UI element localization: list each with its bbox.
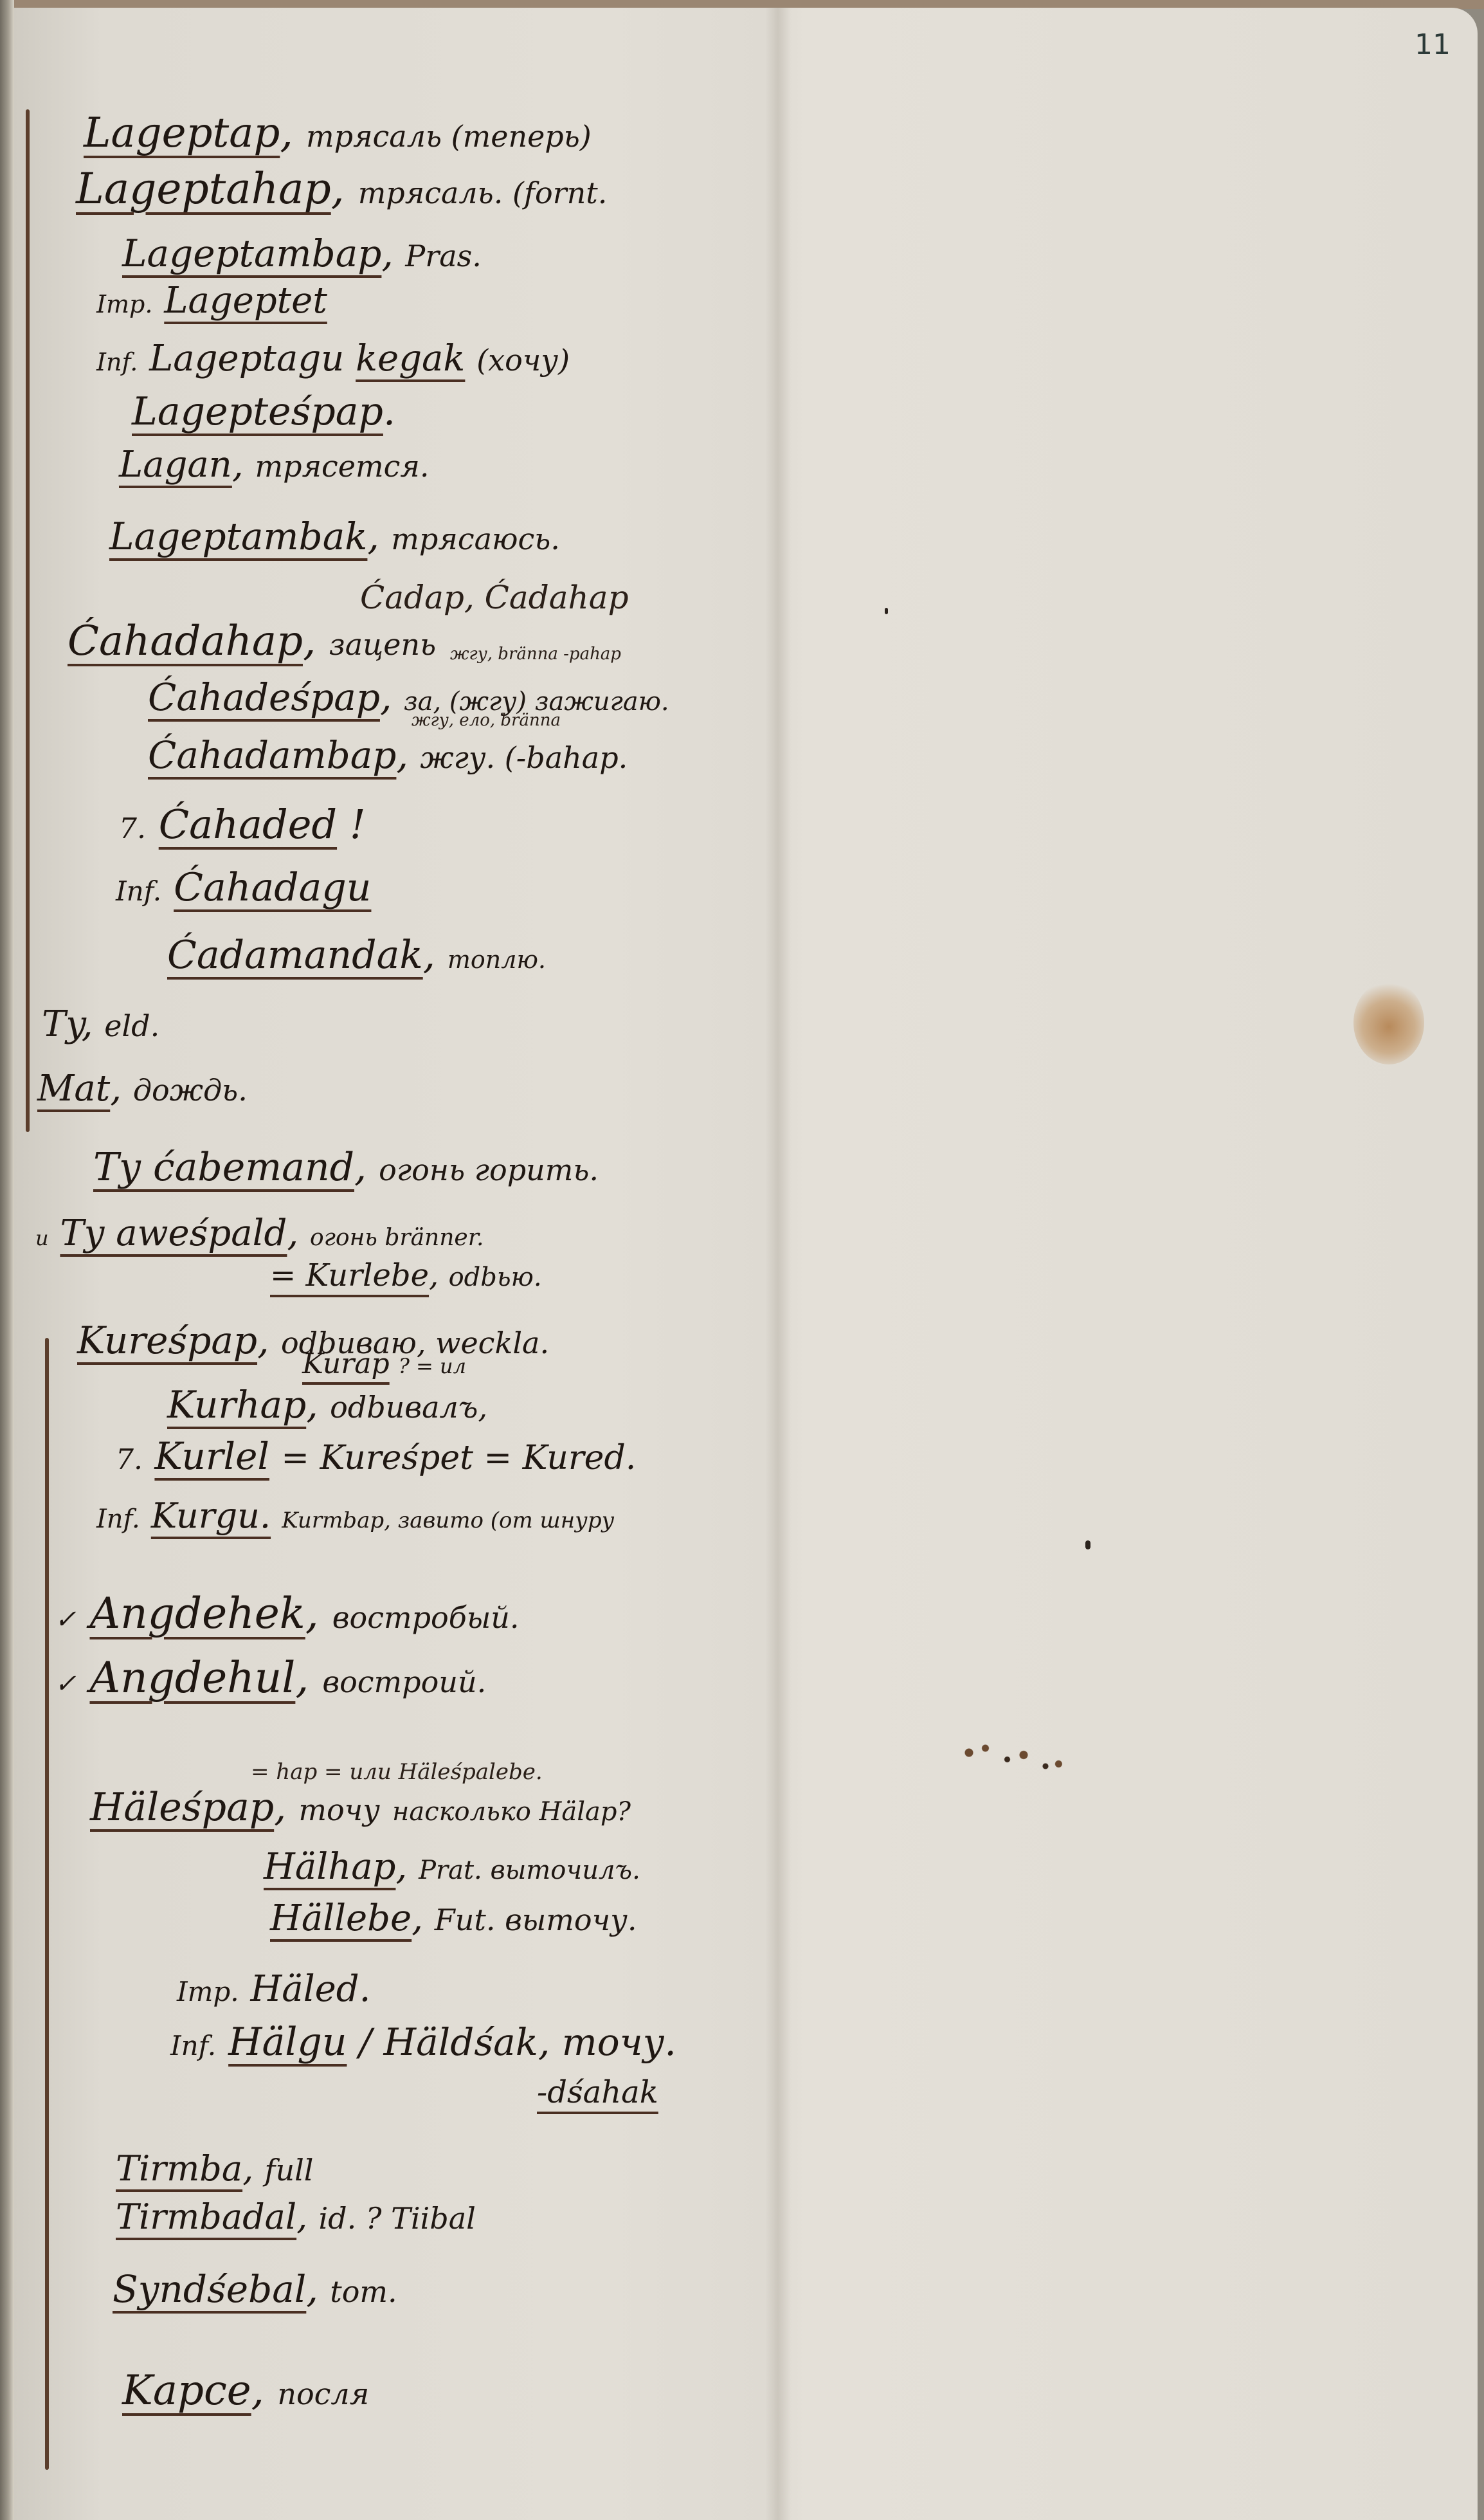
entry: Lageptahap, трясаль. (fornt. (76, 164, 607, 214)
entry-headword: Ty (42, 1003, 82, 1045)
entry: Inf. Kurgu. Kurmbap, завито (от шнуру (96, 1495, 614, 1536)
grammar-label: 7. (116, 1443, 143, 1476)
entry: Mat, дождь. (37, 1068, 248, 1109)
entry-gloss: ! (350, 801, 366, 848)
entry-headword: Häled. (250, 1968, 370, 2010)
ink-spot (1085, 1540, 1090, 1549)
entry-gloss: eld. (104, 1009, 159, 1043)
entry-gloss: посля (277, 2377, 369, 2411)
separator: , (257, 1319, 269, 1362)
entry: Inf. Ćahadagu (116, 865, 371, 910)
entry-headword: Angdehek (90, 1589, 305, 1638)
interlinear-note: жгу, bränna -pahap (450, 644, 621, 664)
entry: Häleśpap, точу насколько Hälap? (90, 1785, 631, 1830)
ink-spatter (958, 1730, 1067, 1775)
entry-gloss: / Häldśak, точу. (359, 2020, 676, 2064)
separator: , (303, 617, 316, 665)
grammar-label: 7. (119, 812, 146, 845)
entry-headword: Hälhap (264, 1846, 395, 1888)
entry: Syndśebal, tom. (113, 2267, 397, 2311)
entry-headword: Ćahadagu (174, 865, 371, 910)
entry-headword: Kurhap (167, 1383, 306, 1427)
entry-headword: Ćadamandak (167, 933, 423, 978)
entry-gloss: = Kureśpet = Kured. (281, 1439, 636, 1477)
grammar-label: Imp. (96, 290, 152, 318)
entry: Imp. Lageptet (96, 280, 327, 322)
entry-gloss: odbuвалъ, (330, 1390, 487, 1425)
separator: , (367, 515, 379, 558)
variant-forms: Ćadap, Ćadahap (360, 579, 629, 616)
entry-gloss: id. ? Tiibal (318, 2201, 475, 2236)
entry-gloss: топлю. (448, 945, 546, 974)
entry-headword: Lageptambak (109, 515, 367, 558)
grammar-label: Imp. (177, 1976, 239, 2007)
entry-headword: Ćahadahap (68, 617, 303, 665)
entry: Kurap ? = ил (302, 1347, 466, 1380)
variant-form: -dśahak (537, 2074, 658, 2110)
separator: , (354, 1145, 366, 1190)
separator: , (280, 109, 293, 157)
entry-headword: Lageptambap (122, 232, 381, 275)
entry-gloss: трясется. (255, 449, 430, 484)
separator: , (306, 2267, 318, 2311)
entry-headword: Kureśpap (77, 1319, 257, 1362)
grammar-label: Inf. (116, 875, 161, 907)
foxing-stain (1353, 981, 1424, 1064)
entry-headword: Lageptap (84, 109, 280, 157)
ink-spot (885, 608, 888, 614)
entry-note: насколько Hälap? (392, 1797, 631, 1827)
separator: , (287, 1212, 298, 1254)
entry: Lageptap, трясаль (теперь) (84, 109, 592, 157)
entry-gloss: Fut. выточу. (435, 1903, 637, 1937)
entry-gloss: Kurmbap, завито (от шнуру (282, 1508, 614, 1533)
entry: Hälhap, Prat. выточилъ. (264, 1846, 640, 1888)
entry: 7. Kurlel = Kureśpet = Kured. (116, 1434, 636, 1478)
entry-headword: Ty aweśpald (60, 1212, 287, 1254)
separator: , (412, 1897, 423, 1939)
entry: Hällebe, Fut. выточу. (270, 1897, 637, 1939)
lexical-entries: Lageptap, трясаль (теперь) Lageptahap, т… (0, 0, 772, 2520)
entry-headword: Lageptet (164, 280, 327, 322)
entry: Imp. Häled. (177, 1968, 370, 2010)
entry-headword: Ćahadambap (148, 733, 396, 777)
entry: Ty, eld. (42, 1003, 159, 1045)
separator: , (396, 733, 408, 777)
separator: , (331, 164, 345, 214)
entry: Ty ćabemand, огонь горить. (93, 1145, 599, 1190)
entry: Ćadamandak, топлю. (167, 933, 546, 978)
entry: Tirmba, full (116, 2148, 314, 2189)
page-number: 11 (1415, 28, 1451, 61)
entry-headword: Kurap (302, 1347, 390, 1380)
check-mark: ✓ (55, 1605, 77, 1634)
entry-headword: Häleśpap (90, 1785, 274, 1830)
entry-headword: Kurlel (154, 1434, 269, 1478)
entry: = Kurlebe, odbью. (270, 1257, 542, 1293)
entry-gloss: точу (298, 1793, 380, 1827)
entry: Inf. Lageptagu kegak (хочу) (96, 338, 570, 379)
entry-headword: Angdehul (90, 1653, 296, 1703)
entry-gloss: дождь. (133, 1073, 248, 1108)
entry-gloss: зацепь (329, 627, 437, 662)
entry-gloss: Pras. (405, 239, 482, 273)
separator: , (395, 1846, 407, 1888)
entry-gloss: ? = ил (399, 1354, 466, 1378)
entry-headword: Lagepteśpap (132, 389, 383, 434)
entry-gloss: трясаль (теперь) (306, 119, 592, 154)
entry: Ćahadeśpap, за, (жгу) зажигаю. (148, 675, 669, 719)
entry: ✓ Angdehul, востроий. (55, 1653, 486, 1703)
entry-headword: Ćahadeśpap (148, 675, 380, 719)
entry-headword: Kurgu. (151, 1495, 271, 1536)
entry: Kurhap, odbuвалъ, (167, 1383, 487, 1427)
entry-headword: Kapce (122, 2367, 251, 2415)
entry-headword: = Kurlebe (270, 1257, 429, 1293)
entry-gloss: full (264, 2153, 313, 2187)
entry-headword: Hälgu (228, 2020, 347, 2065)
entry: Ćahadahap, зацепь (68, 617, 436, 665)
grammar-label: и (35, 1226, 49, 1250)
entry-headword: Lagan (119, 444, 232, 486)
entry-gloss: Prat. выточилъ. (419, 1856, 640, 1885)
separator: , (296, 2196, 307, 2237)
entry-gloss: odbью. (449, 1263, 542, 1292)
entry-gloss: жгу. (-bahap. (420, 740, 628, 775)
entry: Lageptambak, трясаюсь. (109, 515, 560, 558)
separator: , (381, 232, 393, 275)
entry: Inf. Hälgu / Häldśak, точу. (170, 2020, 676, 2065)
entry: и Ty aweśpald, огонь bränner. (35, 1212, 484, 1254)
entry-gloss: огонь горить. (379, 1153, 599, 1187)
check-mark: ✓ (55, 1669, 77, 1699)
separator: , (232, 444, 244, 486)
entry-headword: Ty ćabemand (93, 1145, 354, 1190)
entry: Lagepteśpap. (132, 389, 395, 434)
separator: , (380, 675, 392, 719)
separator: , (274, 1785, 286, 1830)
entry: ✓ Angdehek, востробый. (55, 1589, 520, 1638)
separator: , (110, 1068, 122, 1109)
entry-headword: Mat (37, 1068, 110, 1109)
entry-headword: Syndśebal (113, 2267, 306, 2311)
entry-headword: Lageptahap (76, 164, 331, 214)
separator: , (295, 1653, 309, 1703)
entry: Lageptambap, Pras. (122, 232, 482, 275)
separator: . (383, 389, 395, 434)
entry-headword-secondary: kegak (356, 338, 465, 379)
grammar-label: Inf. (170, 2030, 216, 2061)
interlinear-note: жгу, ело, bränna (412, 711, 561, 730)
entry: 7. Ćahaded ! (119, 801, 366, 848)
grammar-label: Inf. (96, 348, 138, 376)
entry-headword: Tirmbadal (116, 2196, 296, 2237)
separator: , (306, 1383, 318, 1427)
entry: Lagan, трясется. (119, 444, 429, 486)
entry-gloss: огонь bränner. (310, 1225, 484, 1251)
entry-gloss: tom. (330, 2274, 397, 2309)
entry-gloss: трясаль. (fornt. (358, 176, 608, 210)
grammar-label: Inf. (96, 1504, 140, 1534)
entry-headword: Tirmba (116, 2148, 242, 2189)
separator: , (82, 1003, 93, 1045)
separator: , (305, 1589, 319, 1638)
entry-gloss: востробый. (332, 1600, 520, 1635)
entry: Ćahadambap, жгу. (-bahap. (148, 733, 628, 777)
entry-headword: Ćahaded (159, 801, 337, 848)
separator: , (423, 933, 435, 978)
separator: , (429, 1257, 439, 1293)
entry-headword: Hällebe (270, 1897, 412, 1939)
entry-gloss: востроий. (322, 1665, 486, 1699)
entry-gloss: трясаюсь. (391, 522, 560, 556)
interlinear-note: = hap = или Häleśpalebe. (251, 1759, 543, 1785)
separator: , (242, 2148, 253, 2189)
entry: Tirmbadal, id. ? Tiibal (116, 2196, 476, 2237)
entry-gloss: (хочу) (476, 343, 570, 378)
separator: , (251, 2367, 264, 2415)
entry: Kapce, посля (122, 2367, 369, 2415)
entry-headword: Lageptagu (149, 338, 344, 379)
